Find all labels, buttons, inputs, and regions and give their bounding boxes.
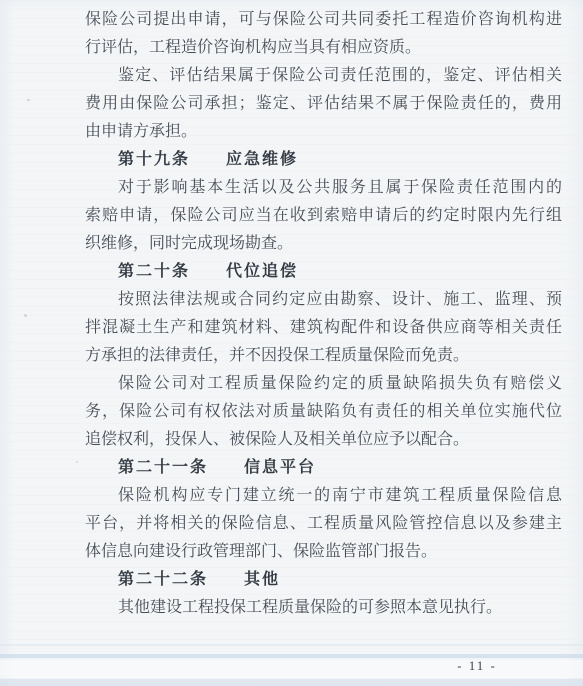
text-line: 平台，并将相关的保险信息、工程质量风险管控信息以及参建主 [85, 510, 562, 538]
text-line: 对于影响基本生活以及公共服务且属于保险责任范围内的 [85, 174, 562, 202]
document-page: 保险公司提出申请，可与保险公司共同委托工程造价咨询机构进行评估，工程造价咨询机构… [0, 0, 583, 686]
scan-speck [27, 99, 30, 101]
text-line: 费用由保险公司承担；鉴定、评估结果不属于保险责任的，费用 [85, 90, 562, 118]
text-line: 鉴定、评估结果属于保险公司责任范围的，鉴定、评估相关 [85, 62, 562, 90]
article-heading: 第二十一条 信息平台 [85, 454, 562, 482]
text-line: 由申请方承担。 [85, 118, 562, 146]
document-body: 保险公司提出申请，可与保险公司共同委托工程造价咨询机构进行评估，工程造价咨询机构… [85, 6, 562, 622]
text-line: 保险公司提出申请，可与保险公司共同委托工程造价咨询机构进 [85, 6, 562, 34]
scan-speck [24, 314, 27, 317]
article-heading: 第二十二条 其他 [85, 566, 562, 594]
text-line: 保险公司对工程质量保险约定的质量缺陷损失负有赔偿义 [85, 370, 562, 398]
page-number: - 11 - [437, 655, 517, 677]
text-line: 其他建设工程投保工程质量保险的可参照本意见执行。 [85, 594, 562, 622]
text-line: 方承担的法律责任，并不因投保工程质量保险而免责。 [85, 342, 562, 370]
scanned-document: { "document": { "colors": { "background"… [0, 0, 583, 686]
scan-streak-faint [0, 644, 583, 646]
text-line: 按照法律法规或合同约定应由勘察、设计、施工、监理、预 [85, 286, 562, 314]
scan-streak-bottom [0, 679, 583, 686]
article-heading: 第二十条 代位追偿 [85, 258, 562, 286]
text-line: 拌混凝土生产和建筑材料、建筑构配件和设备供应商等相关责任 [85, 314, 562, 342]
text-line: 务，保险公司有权依法对质量缺陷负有责任的相关单位实施代位 [85, 398, 562, 426]
scan-speck [76, 461, 78, 463]
text-line: 体信息向建设行政管理部门、保险监管部门报告。 [85, 538, 562, 566]
text-line: 织维修，同时完成现场勘查。 [85, 230, 562, 258]
text-line: 追偿权利，投保人、被保险人及相关单位应予以配合。 [85, 426, 562, 454]
text-line: 行评估，工程造价咨询机构应当具有相应资质。 [85, 34, 562, 62]
article-heading: 第十九条 应急维修 [85, 146, 562, 174]
text-line: 索赔申请，保险公司应当在收到索赔申请后的约定时限内先行组 [85, 202, 562, 230]
text-line: 保险机构应专门建立统一的南宁市建筑工程质量保险信息 [85, 482, 562, 510]
